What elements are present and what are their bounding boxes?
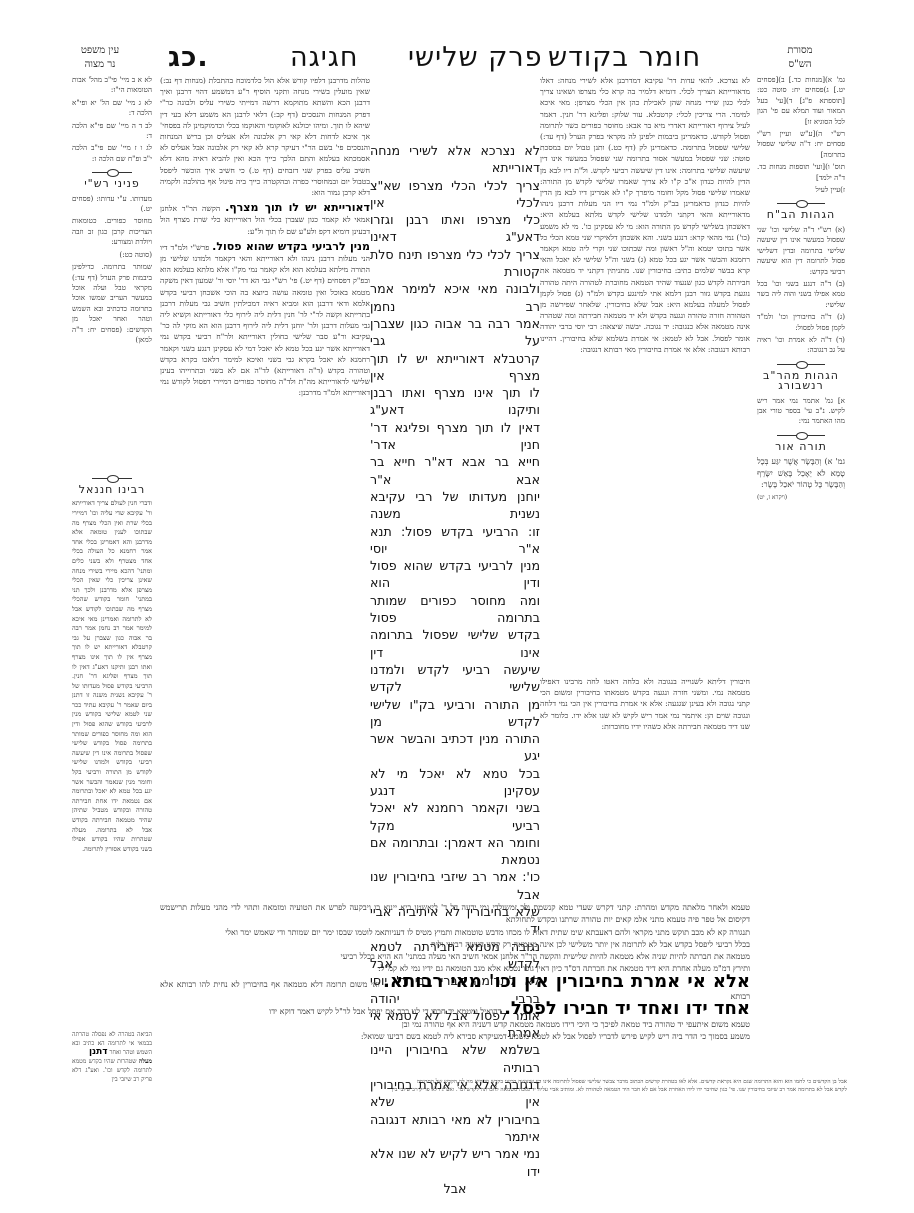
gemara-line: אמר רבה בר אבוה כגון שצברן על גבי — [370, 315, 540, 350]
tosafot-bottom-line: טעמא ולאחר מלאתה מקדש ומהרת: קתני דקרש ש… — [160, 902, 750, 927]
gemara-line: קרטבלא דאורייתא יש לו תוך מצרף אין — [370, 350, 540, 385]
perek-name: פרק שלישי — [408, 42, 543, 73]
gemara-line: מן התורה ורביעי בק"ו שלישי לקדש מן — [370, 696, 540, 731]
tosafot-dibur-hamatchil: מנין לרביעי בקדש שהוא פסול. — [212, 240, 370, 253]
masoret-item: ז)עיין לעיל — [757, 185, 845, 195]
tosafot-dibur-hamatchil: אלא אי אמרת בחיבורין אין וכו' מאי רבותא. — [383, 971, 750, 992]
ein-mishpat-item: לא א ב מיי' פי"ב מהל' אבות הטומאות הי"ז: — [72, 75, 152, 96]
left-bottom-maala: מעלה — [139, 1058, 152, 1065]
masoret-item: רש"י ה)[ע"ש ועיין רש"י פסחים יח: ד"ה שלי… — [757, 129, 845, 160]
gemara-line: צריך לכלי כלי מצרפו תינח סלת קטורת — [370, 246, 540, 281]
hagahot-item: (ג) ד"ה בחיבורין וכו' ולמ"ד לקמן פסול לפ… — [757, 312, 845, 333]
hagahot-item: (ד) ד"ה לא אמרת וכו' ראיה על גב דנגובה: — [757, 335, 845, 356]
torah-or-title: תורה אור — [757, 442, 845, 452]
hagahot-item: (א) רש"י ד"ה שלישי וכו' שני שפסול במעשר … — [757, 225, 845, 277]
gemara-line: אבל — [370, 1180, 540, 1197]
tosafot-text: פרש"י ולמ"ד דיו הני מעלות דרבנן נינהו ול… — [160, 243, 370, 398]
tosafot-bottom-line: בכלל רביעי ליפסל בקדש אבל לא לתרומה אין … — [160, 939, 750, 951]
rabbenu-chananel-title: רבינו חננאל — [72, 485, 152, 495]
tosafot-bottom-line: דהואיל ומטמא יד חברו די לנו בכך אם יפסל … — [269, 1007, 501, 1016]
ornament-divider — [777, 364, 825, 365]
rabbenu-chananel-text: ודברי חנין לעולם צריך דאורייתא ור' עקיבא… — [72, 499, 152, 854]
ein-mishpat-item: לא ג מיי' שם הל' יא ופי"א הלכה ד: — [72, 98, 152, 119]
ornament-divider — [92, 478, 132, 479]
tosafot-column: טהלות מדרבנן דלפיו קודש אלא הול כלדמוכח … — [160, 75, 370, 399]
left-bottom-dibur: דתנן — [89, 1047, 108, 1057]
gemara-line: וחומר הא דאמרן: ובתרומה אם נטמאת — [370, 834, 540, 869]
footnote-line: אבל בן הקדשים כי לחמו הוא והוא התרומה שג… — [72, 1078, 847, 1086]
tosafot-bottom: טעמא ולאחר מלאתה מקדש ומהרת: קתני דקרש ש… — [160, 902, 750, 1043]
hagahot-item: (ב) ד"ה דנגע בשני וכו' בכל טמא אפילו בשנ… — [757, 279, 845, 310]
left-bottom-text: הביאה בטהרה לא נפסלה טהרתה בבמאי אי לתרו… — [72, 1031, 152, 1056]
gemara-line: כלי מצרפו ואתו רבנן וגזרו דאע"ג דאינו — [370, 211, 540, 246]
rashi-lower-text: חיבורין דליתא לשנוייה בנגובה ולא בלחה דא… — [540, 677, 750, 731]
tosafot-dibur-hamatchil: אחד ידו ואחד יד חבירו לפסל. — [504, 998, 750, 1019]
daf-number: כג. — [168, 42, 209, 73]
hagahot-maharav-text: א] גמ' אתמר נמי אמר ריש לקיש. נ"ב עי' בס… — [757, 396, 845, 427]
gemara-line: בשני וקאמר רחמנא לא יאכל רביעי מקל — [370, 799, 540, 834]
gemara-line: התורה מנין דכתיב והבשר אשר יגע — [370, 730, 540, 765]
ornament-divider — [777, 203, 825, 204]
penini-rashi-item: שמותר בתרומה. כדילפינן ביבמות פרק הערל (… — [72, 262, 152, 345]
gemara-line: מנין לרביעי בקדש שהוא פסול ודין הוא — [370, 557, 540, 592]
masoret-item: תוס' ו)[ועי' תוספות מנחות כד. ד"ה ילמד] — [757, 162, 845, 183]
left-bottom-block: הביאה בטהרה לא נפסלה טהרתה בבמאי אי לתרו… — [72, 1030, 152, 1084]
masoret-hashas-header: מסורת הש"ס — [770, 44, 830, 72]
tosafot-bottom-line: מטמאה את חברתה להיות שניה אלא מטמאה להיו… — [160, 951, 750, 963]
torah-or-text: גמ' א) וְהַבָּשָׂר אֲשֶׁר יִגַּע בְּכָל … — [757, 456, 845, 491]
masoret-hashas-column: גמ' א)[מנחות כד.] ב)[פסחים יט.] ג)פסחים … — [757, 75, 845, 505]
gemara-line: שיעשה רביעי לקדש ולמדנו שלישי לקדש — [370, 661, 540, 696]
gemara-line: בשלמא שלא בחיבורין היינו רבותיה — [370, 1041, 540, 1076]
ein-mishpat-header: עין משפט נר מצוה — [60, 44, 140, 72]
ornament-divider — [777, 435, 825, 436]
ornament-divider — [92, 172, 132, 173]
gemara-line: חייא בר אבא דא"ר חייא בר אבא א"ר — [370, 453, 540, 488]
gemara-line: יוחנן מעדותו של רבי עקיבא נשנית משנה — [370, 488, 540, 523]
gemara-line: צריך לכלי הכלי מצרפו שא"צ לכלי אין — [370, 177, 540, 212]
gemara-line: זו: הרביעי בקדש פסול: תנא א"ר יוסי — [370, 523, 540, 558]
penini-rashi-title: פניני רש"י — [72, 179, 152, 189]
ein-mishpat-item: לב ד ה מיי' שם פי"א הלכה ד: — [72, 121, 152, 142]
gemara-line: לו תוך אינו מצרף ואתו רבנן ותיקנו דאע"ג — [370, 384, 540, 419]
gemara-line: דאין לו תוך מצרף ופליגא דר' חנין אדר' — [370, 419, 540, 454]
rashi-text: לא נצרכא. להאי עדות דר' עקיבא דמדרבנן אל… — [540, 76, 750, 354]
gemara-line: כו': אמר רב שיזבי בחיבורין שנו אבל — [370, 868, 540, 903]
tractate-name: חגיגה — [290, 42, 359, 73]
gemara-line: בקדש שלישי שפסול בתרומה אינו דין — [370, 626, 540, 661]
penini-rashi-item: (סוטה כט:) — [72, 250, 152, 260]
gemara-line: ומה מחוסר כפורים שמותר בתרומה פסול — [370, 592, 540, 627]
chapter-title: חומר בקודש — [548, 42, 701, 73]
rashi-column: לא נצרכא. להאי עדות דר' עקיבא דמדרבנן אל… — [540, 75, 750, 355]
tosafot-bottom-line: טעמא משום איתעפי יד טהורה ביד טמאה לפיכך… — [160, 1019, 750, 1031]
torah-or-ref: (ויקרא ז, יט) — [757, 493, 845, 503]
rashi-lower-block: חיבורין דליתא לשנוייה בנגובה ולא בלחה דא… — [540, 676, 750, 732]
penini-rashi-item: מחוסר כפורים. כטומאות הצריכות קרבן כגון … — [72, 216, 152, 247]
tosafot-text: טהלות מדרבנן דלפיו קודש אלא הול כלדמוכח … — [160, 76, 370, 197]
penini-rashi-item: מעדותו. ע"י עדותו: (פסחים יט.) — [72, 194, 152, 215]
footnotes: אבל בן הקדשים כי לחמו הוא והוא התרומה שג… — [72, 1078, 847, 1094]
tosafot-bottom-line: תנגורה קא לא מכב תוקש מתני מקראי ולהם דא… — [160, 927, 750, 939]
tosafot-dibur-hamatchil: דאורייתא יש לו תוך מצרף. — [225, 201, 370, 214]
masoret-item: גמ' א)[מנחות כד.] ב)[פסחים יט.] ג)פסחים … — [757, 75, 845, 127]
gemara-line: נמי אמר ריש לקיש לא שנו אלא ידו — [370, 1145, 540, 1180]
ein-mishpat-column: לא א ב מיי' פי"ב מהל' אבות הטומאות הי"ז:… — [72, 75, 152, 347]
gemara-line: לא נצרכא אלא לשירי מנחה דאורייתא — [370, 142, 540, 177]
gemara-line: בכל טמא לא יאכל מי לא עסקינן דנגע — [370, 765, 540, 800]
rabbenu-chananel-column: רבינו חננאל ודברי חנין לעולם צריך דאוריי… — [72, 470, 152, 856]
gemara-line: בחיבורין לא מאי רבותא דנגובה איתמר — [370, 1111, 540, 1146]
gemara-line: ולבונה מאי איכא למימר אמר רב נחמן — [370, 280, 540, 315]
footnote-line: לקדש אבל לא בתרומה אמר רב שיזבי בחיבורין… — [72, 1086, 847, 1094]
hagahot-habach-title: הגהות הב"ח — [757, 210, 845, 220]
hagahot-maharav-title: הגהות מהר"ב רנשבורג — [757, 371, 845, 392]
tosafot-bottom-line: משמע בסמוך כי הדר ביה ריש לקיש פירש לדבר… — [160, 1031, 750, 1043]
ein-mishpat-item: לג ו ז מיי' שם פי"ב הלכה י"ב ופ"ח שם הלכ… — [72, 143, 152, 164]
